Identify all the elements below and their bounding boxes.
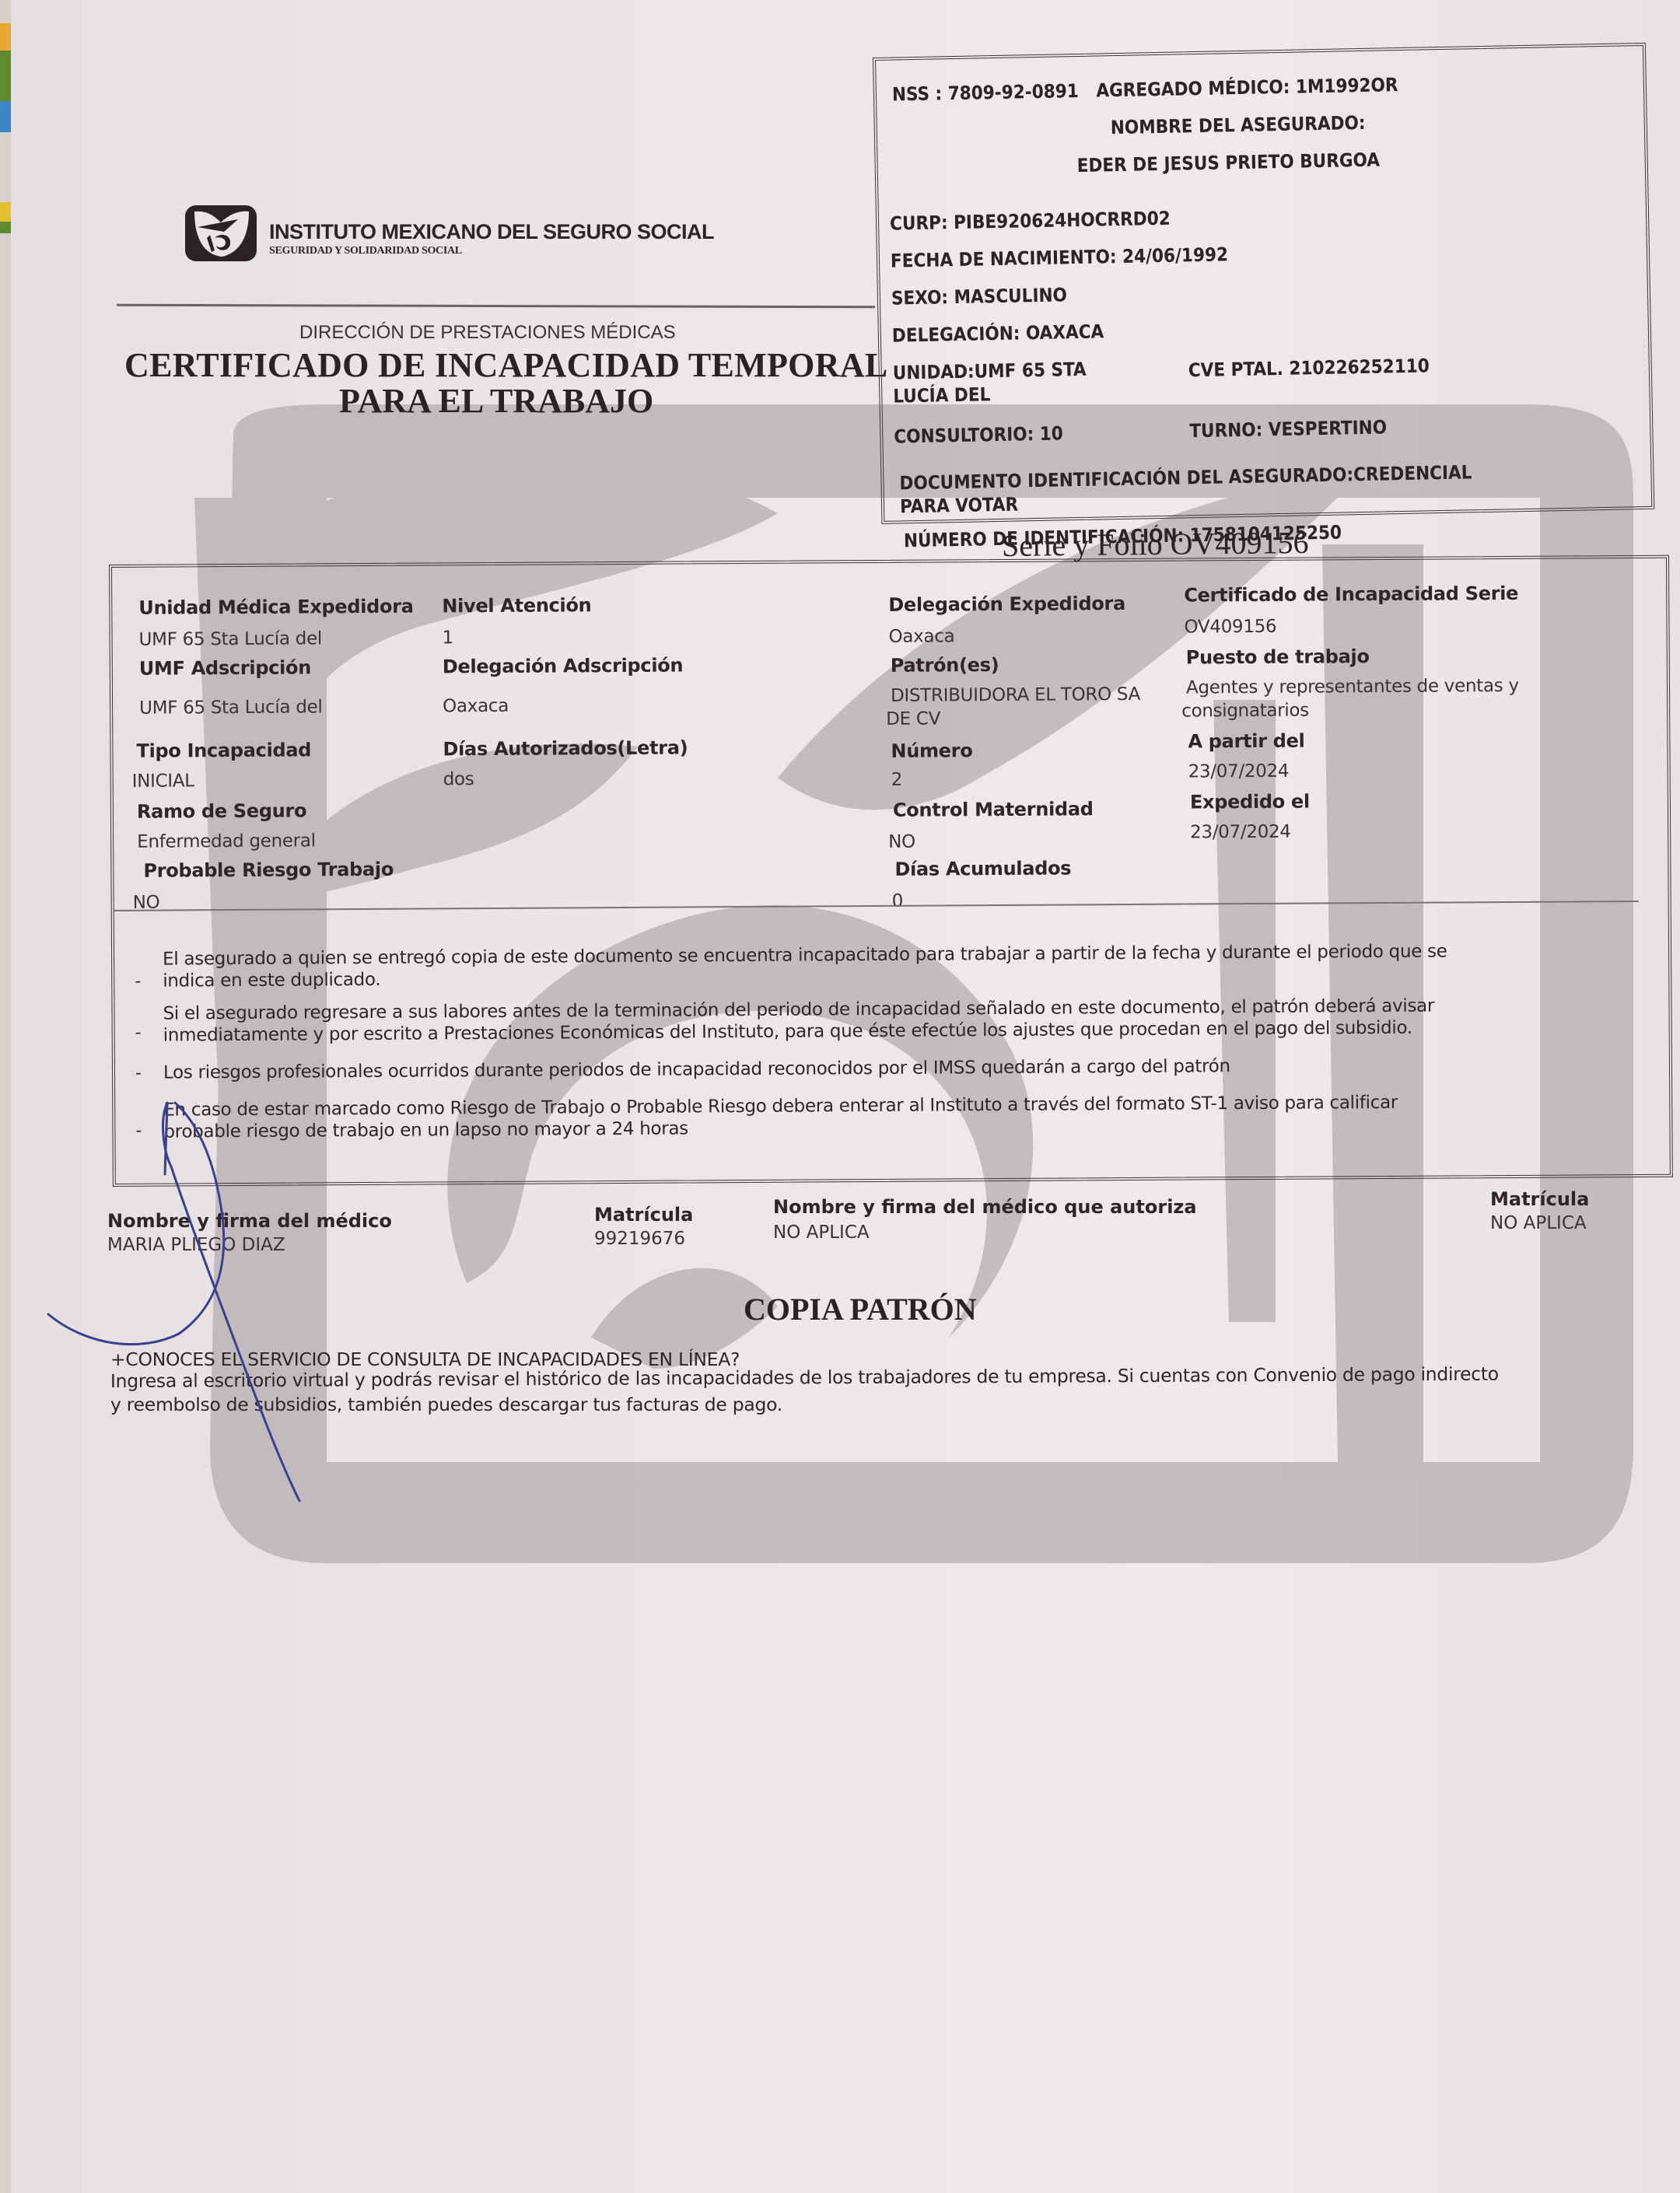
sexo-value: MASCULINO (954, 284, 1067, 308)
nss-value: 7809-92-0891 (947, 80, 1079, 104)
fecha-nac-value: 24/06/1992 (1122, 243, 1228, 268)
sexo-line: SEXO: MASCULINO (891, 284, 1067, 309)
tipo-incapacidad-label: Tipo Incapacidad (136, 739, 311, 761)
ramo-seguro-label: Ramo de Seguro (137, 799, 306, 822)
turno-value: VESPERTINO (1268, 416, 1387, 440)
delegacion-adscripcion-value: Oaxaca (443, 696, 509, 717)
matricula2-label: Matrícula (1490, 1188, 1589, 1210)
copia-patron-heading: COPIA PATRÓN (744, 1291, 977, 1327)
section-divider (114, 901, 1639, 911)
a-partir-value: 23/07/2024 (1188, 761, 1290, 782)
control-maternidad-value: NO (888, 832, 915, 852)
note-3: Los riesgos profesionales ocurridos dura… (163, 1055, 1230, 1083)
ramo-seguro-value: Enfermedad general (137, 831, 316, 852)
note-2: Si el asegurado regresare a sus labores … (163, 995, 1434, 1047)
cve-line: CVE PTAL. 210226252110 (1188, 355, 1430, 381)
folio-value: OV409156 (1170, 525, 1308, 561)
promo-body-line2: y reembolso de subsidios, también puedes… (110, 1394, 782, 1415)
tipo-incapacidad-value: INICIAL (132, 771, 194, 791)
note-bullet: - (135, 1064, 142, 1083)
delegacion-adscripcion-label: Delegación Adscripción (443, 654, 684, 677)
matricula-value: 99219676 (594, 1229, 685, 1249)
nivel-atencion-value: 1 (443, 628, 454, 648)
medico-label: Nombre y firma del médico (107, 1210, 392, 1232)
unidad-value-line2: LUCÍA DEL (893, 383, 990, 407)
agregado-value: 1M1992OR (1296, 74, 1398, 98)
numero-label: Número (891, 740, 972, 762)
puesto-trabajo-value: Agentes y representantes de ventas y (1186, 676, 1519, 698)
note-4: En caso de estar marcado como Riesgo de … (163, 1092, 1398, 1143)
unidad-value: UMF 65 STA (974, 359, 1086, 383)
certificado-serie-value: OV409156 (1184, 617, 1276, 638)
incapacity-details-box: Unidad Médica Expedidora UMF 65 Sta Lucí… (109, 555, 1673, 1187)
document-title-line1: CERTIFICADO DE INCAPACIDAD TEMPORAL (124, 345, 888, 385)
medico-value: MARIA PLIEGO DIAZ (107, 1235, 285, 1255)
matricula2-value: NO APLICA (1490, 1213, 1587, 1233)
nss-line: NSS : 7809-92-0891 AGREGADO MÉDICO: 1M19… (892, 74, 1398, 105)
note-1: El asegurado a quien se entregó copia de… (163, 940, 1447, 992)
dias-acumulados-label: Días Acumulados (894, 857, 1071, 880)
doc-id-value: CREDENCIAL (1353, 461, 1472, 485)
unidad-line: UNIDAD:UMF 65 STA (893, 359, 1087, 384)
curp-line: CURP: PIBE920624HOCRRD02 (890, 208, 1171, 235)
delegacion-expedidora-label: Delegación Expedidora (888, 593, 1125, 616)
fecha-nac-line: FECHA DE NACIMIENTO: 24/06/1992 (891, 243, 1229, 271)
puesto-trabajo-value-line2: consignatarios (1181, 701, 1309, 722)
consultorio-value: 10 (1039, 422, 1063, 445)
nivel-atencion-label: Nivel Atención (442, 594, 591, 617)
curp-value: PIBE920624HOCRRD02 (954, 208, 1171, 233)
delegacion-expedidora-value: Oaxaca (889, 626, 955, 647)
note-bullet: - (135, 1023, 142, 1043)
dias-letra-label: Días Autorizados(Letra) (443, 736, 688, 760)
umf-adscripcion-label: UMF Adscripción (139, 656, 311, 679)
control-maternidad-label: Control Maternidad (893, 798, 1094, 821)
imss-logo-icon (184, 204, 258, 263)
riesgo-trabajo-label: Probable Riesgo Trabajo (143, 859, 394, 882)
direccion-label: DIRECCIÓN DE PRESTACIONES MÉDICAS (299, 322, 676, 344)
patron-value-line2: DE CV (886, 708, 940, 729)
dias-acumulados-value: 0 (892, 891, 904, 911)
matricula-label: Matrícula (594, 1204, 693, 1226)
cve-value: 210226252110 (1289, 355, 1430, 379)
patron-label: Patrón(es) (891, 654, 999, 677)
medico-autoriza-label: Nombre y firma del médico que autoriza (773, 1196, 1197, 1218)
patron-value: DISTRIBUIDORA EL TORO SA (891, 684, 1140, 706)
turno-line: TURNO: VESPERTINO (1189, 416, 1387, 442)
delegacion-value: OAXACA (1026, 320, 1104, 344)
certificado-serie-label: Certificado de Incapacidad Serie (1184, 582, 1518, 607)
medico-autoriza-value: NO APLICA (773, 1222, 870, 1243)
expedido-value: 23/07/2024 (1190, 822, 1291, 843)
nombre-value: EDER DE JESUS PRIETO BURGOA (1076, 149, 1380, 177)
delegacion-line: DELEGACIÓN: OAXACA (892, 320, 1104, 346)
puesto-trabajo-label: Puesto de trabajo (1186, 645, 1370, 668)
umf-adscripcion-value: UMF 65 Sta Lucía del (139, 697, 323, 718)
document-title-line2: PARA EL TRABAJO (339, 381, 653, 421)
insured-identification-box: NSS : 7809-92-0891 AGREGADO MÉDICO: 1M19… (873, 43, 1654, 524)
note-bullet: - (135, 1121, 142, 1141)
nombre-label: NOMBRE DEL ASEGURADO: (1111, 112, 1366, 138)
unidad-medica-value: UMF 65 Sta Lucía del (139, 628, 323, 649)
note-bullet: - (135, 972, 141, 992)
consultorio-line: CONSULTORIO: 10 (894, 422, 1063, 447)
doc-id-line: DOCUMENTO IDENTIFICACIÓN DEL ASEGURADO:C… (899, 461, 1472, 494)
numero-value: 2 (891, 770, 903, 790)
dias-letra-value: dos (443, 769, 474, 789)
institution-name: INSTITUTO MEXICANO DEL SEGURO SOCIAL (269, 220, 714, 244)
institution-tagline: SEGURIDAD Y SOLIDARIDAD SOCIAL (269, 245, 462, 257)
expedido-label: Expedido el (1190, 791, 1310, 813)
a-partir-label: A partir del (1188, 730, 1304, 753)
unidad-medica-label: Unidad Médica Expedidora (138, 596, 413, 619)
doc-id-value-line2: PARA VOTAR (900, 494, 1019, 518)
